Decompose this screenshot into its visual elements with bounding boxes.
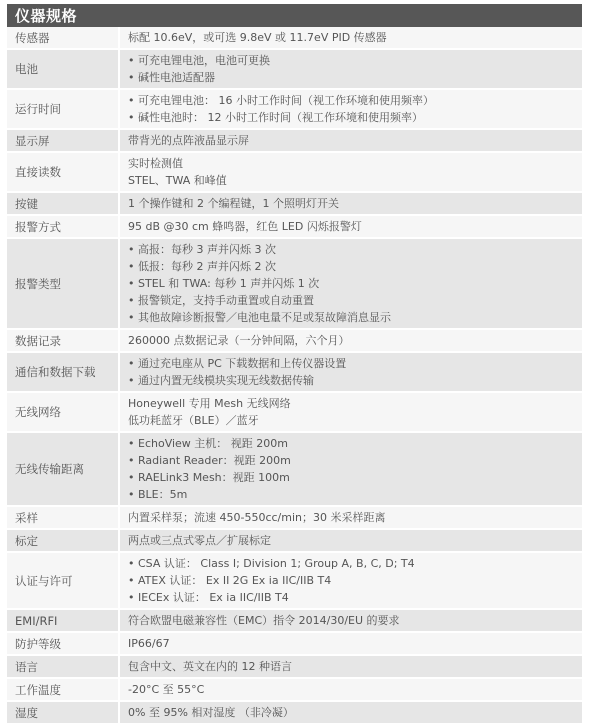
- table-row: 传感器标配 10.6eV，或可选 9.8eV 或 11.7eV PID 传感器: [7, 27, 582, 50]
- table-row: 显示屏带背光的点阵液晶显示屏: [7, 130, 582, 153]
- spec-value: EchoView 主机： 视距 200mRadiant Reader：视距 20…: [120, 433, 582, 505]
- value-line: 内置采样泵；流速 450-550cc/min；30 米采样距离: [128, 509, 582, 526]
- table-row: 直接读数实时检测值STEL、TWA 和峰值: [7, 153, 582, 193]
- value-line: 95 dB @30 cm 蜂鸣器，红色 LED 闪烁报警灯: [128, 218, 582, 235]
- spec-value: -20°C 至 55°C: [120, 679, 582, 684]
- table-row: 报警方式95 dB @30 cm 蜂鸣器，红色 LED 闪烁报警灯: [7, 216, 582, 239]
- spec-value: 符合欧盟电磁兼容性（EMC）指令 2014/30/EU 的要求: [120, 610, 582, 631]
- bullet-item: RAELink3 Mesh：视距 100m: [128, 469, 582, 486]
- spec-value: 两点或三点式零点／扩展标定: [120, 530, 582, 551]
- spec-label: 数据记录: [7, 330, 120, 351]
- spec-value: 带背光的点阵液晶显示屏: [120, 130, 582, 151]
- bullet-item: 碱性电池时： 12 小时工作时间（视工作环境和使用频率）: [128, 109, 582, 126]
- spec-value: 实时检测值STEL、TWA 和峰值: [120, 153, 582, 191]
- spec-label: 通信和数据下载: [7, 353, 120, 391]
- bullet-item: BLE：5m: [128, 486, 582, 503]
- bullet-item: 高报：每秒 3 声并闪烁 3 次: [128, 241, 582, 258]
- spec-label: 防护等级: [7, 633, 120, 654]
- spec-label: 语言: [7, 656, 120, 677]
- table-row: 数据记录260000 点数据记录（一分钟间隔，六个月）: [7, 330, 582, 353]
- bullet-item: 可充电锂电池，电池可更换: [128, 52, 582, 69]
- table-row: 采样内置采样泵；流速 450-550cc/min；30 米采样距离: [7, 507, 582, 530]
- table-row: 防护等级IP66/67: [7, 633, 582, 656]
- bullet-item: 通过充电座从 PC 下载数据和上传仪器设置: [128, 355, 582, 372]
- spec-rows: 传感器标配 10.6eV，或可选 9.8eV 或 11.7eV PID 传感器电…: [7, 27, 582, 684]
- spec-label: 采样: [7, 507, 120, 528]
- spec-label: EMI/RFI: [7, 610, 120, 631]
- bullet-item: 通过内置无线模块实现无线数据传输: [128, 372, 582, 389]
- bullet-item: 报警锁定，支持手动重置或自动重置: [128, 292, 582, 309]
- spec-value: 可充电锂电池，电池可更换碱性电池适配器: [120, 50, 582, 88]
- spec-label: 报警方式: [7, 216, 120, 237]
- spec-value: 内置采样泵；流速 450-550cc/min；30 米采样距离: [120, 507, 582, 528]
- spec-label: 标定: [7, 530, 120, 551]
- table-title: 仪器规格: [7, 4, 582, 27]
- table-row: 按键1 个操作键和 2 个编程键，1 个照明灯开关: [7, 193, 582, 216]
- bullet-item: CSA 认证： Class I; Division 1; Group A, B,…: [128, 555, 582, 572]
- spec-value: Honeywell 专用 Mesh 无线网络低功耗蓝牙（BLE）／蓝牙: [120, 393, 582, 431]
- spec-label: 电池: [7, 50, 120, 88]
- spec-label: 运行时间: [7, 90, 120, 128]
- spec-label: 认证与许可: [7, 553, 120, 608]
- spec-value: IP66/67: [120, 633, 582, 654]
- table-row: EMI/RFI符合欧盟电磁兼容性（EMC）指令 2014/30/EU 的要求: [7, 610, 582, 633]
- table-row: 通信和数据下载通过充电座从 PC 下载数据和上传仪器设置通过内置无线模块实现无线…: [7, 353, 582, 393]
- table-row: 语言包含中文、英文在内的 12 种语言: [7, 656, 582, 679]
- table-row: 运行时间可充电锂电池： 16 小时工作时间（视工作环境和使用频率）碱性电池时： …: [7, 90, 582, 130]
- value-line: IP66/67: [128, 635, 582, 652]
- table-row: 无线传输距离EchoView 主机： 视距 200mRadiant Reader…: [7, 433, 582, 507]
- spec-value: 通过充电座从 PC 下载数据和上传仪器设置通过内置无线模块实现无线数据传输: [120, 353, 582, 391]
- spec-value: 1 个操作键和 2 个编程键，1 个照明灯开关: [120, 193, 582, 214]
- value-line: 符合欧盟电磁兼容性（EMC）指令 2014/30/EU 的要求: [128, 612, 582, 629]
- spec-value: 高报：每秒 3 声并闪烁 3 次低报：每秒 2 声并闪烁 2 次STEL 和 T…: [120, 239, 582, 328]
- bullet-item: EchoView 主机： 视距 200m: [128, 435, 582, 452]
- bullet-item: ATEX 认证： Ex II 2G Ex ia IIC/IIB T4: [128, 572, 582, 589]
- spec-label: 无线传输距离: [7, 433, 120, 505]
- spec-table: 仪器规格 传感器标配 10.6eV，或可选 9.8eV 或 11.7eV PID…: [7, 4, 582, 684]
- spec-value: CSA 认证： Class I; Division 1; Group A, B,…: [120, 553, 582, 608]
- spec-label: 直接读数: [7, 153, 120, 191]
- spec-value: 260000 点数据记录（一分钟间隔，六个月）: [120, 330, 582, 351]
- value-line: 低功耗蓝牙（BLE）／蓝牙: [128, 412, 582, 429]
- table-row: 无线网络Honeywell 专用 Mesh 无线网络低功耗蓝牙（BLE）／蓝牙: [7, 393, 582, 433]
- spec-label: 无线网络: [7, 393, 120, 431]
- value-line: STEL、TWA 和峰值: [128, 172, 582, 189]
- table-row: 电池可充电锂电池，电池可更换碱性电池适配器: [7, 50, 582, 90]
- spec-label: 工作温度: [7, 679, 120, 684]
- table-row: 认证与许可CSA 认证： Class I; Division 1; Group …: [7, 553, 582, 610]
- value-line: 标配 10.6eV，或可选 9.8eV 或 11.7eV PID 传感器: [128, 29, 582, 46]
- spec-label: 显示屏: [7, 130, 120, 151]
- bullet-item: Radiant Reader：视距 200m: [128, 452, 582, 469]
- spec-value: 标配 10.6eV，或可选 9.8eV 或 11.7eV PID 传感器: [120, 27, 582, 48]
- bullet-item: 低报：每秒 2 声并闪烁 2 次: [128, 258, 582, 275]
- spec-value: 包含中文、英文在内的 12 种语言: [120, 656, 582, 677]
- spec-value: 可充电锂电池： 16 小时工作时间（视工作环境和使用频率）碱性电池时： 12 小…: [120, 90, 582, 128]
- value-line: 1 个操作键和 2 个编程键，1 个照明灯开关: [128, 195, 582, 212]
- value-line: 实时检测值: [128, 155, 582, 172]
- spec-label: 报警类型: [7, 239, 120, 328]
- table-row: 工作温度-20°C 至 55°C: [7, 679, 582, 684]
- table-row: 报警类型高报：每秒 3 声并闪烁 3 次低报：每秒 2 声并闪烁 2 次STEL…: [7, 239, 582, 330]
- value-line: 包含中文、英文在内的 12 种语言: [128, 658, 582, 675]
- bullet-item: STEL 和 TWA: 每秒 1 声并闪烁 1 次: [128, 275, 582, 292]
- bullet-item: 可充电锂电池： 16 小时工作时间（视工作环境和使用频率）: [128, 92, 582, 109]
- bullet-item: IECEx 认证： Ex ia IIC/IIB T4: [128, 589, 582, 606]
- value-line: 带背光的点阵液晶显示屏: [128, 132, 582, 149]
- spec-label: 传感器: [7, 27, 120, 48]
- spec-value: 95 dB @30 cm 蜂鸣器，红色 LED 闪烁报警灯: [120, 216, 582, 237]
- bullet-item: 其他故障诊断报警／电池电量不足或泵故障消息显示: [128, 309, 582, 326]
- table-row: 标定两点或三点式零点／扩展标定: [7, 530, 582, 553]
- value-line: 两点或三点式零点／扩展标定: [128, 532, 582, 549]
- bullet-item: 碱性电池适配器: [128, 69, 582, 86]
- spec-label: 按键: [7, 193, 120, 214]
- value-line: Honeywell 专用 Mesh 无线网络: [128, 395, 582, 412]
- value-line: 260000 点数据记录（一分钟间隔，六个月）: [128, 332, 582, 349]
